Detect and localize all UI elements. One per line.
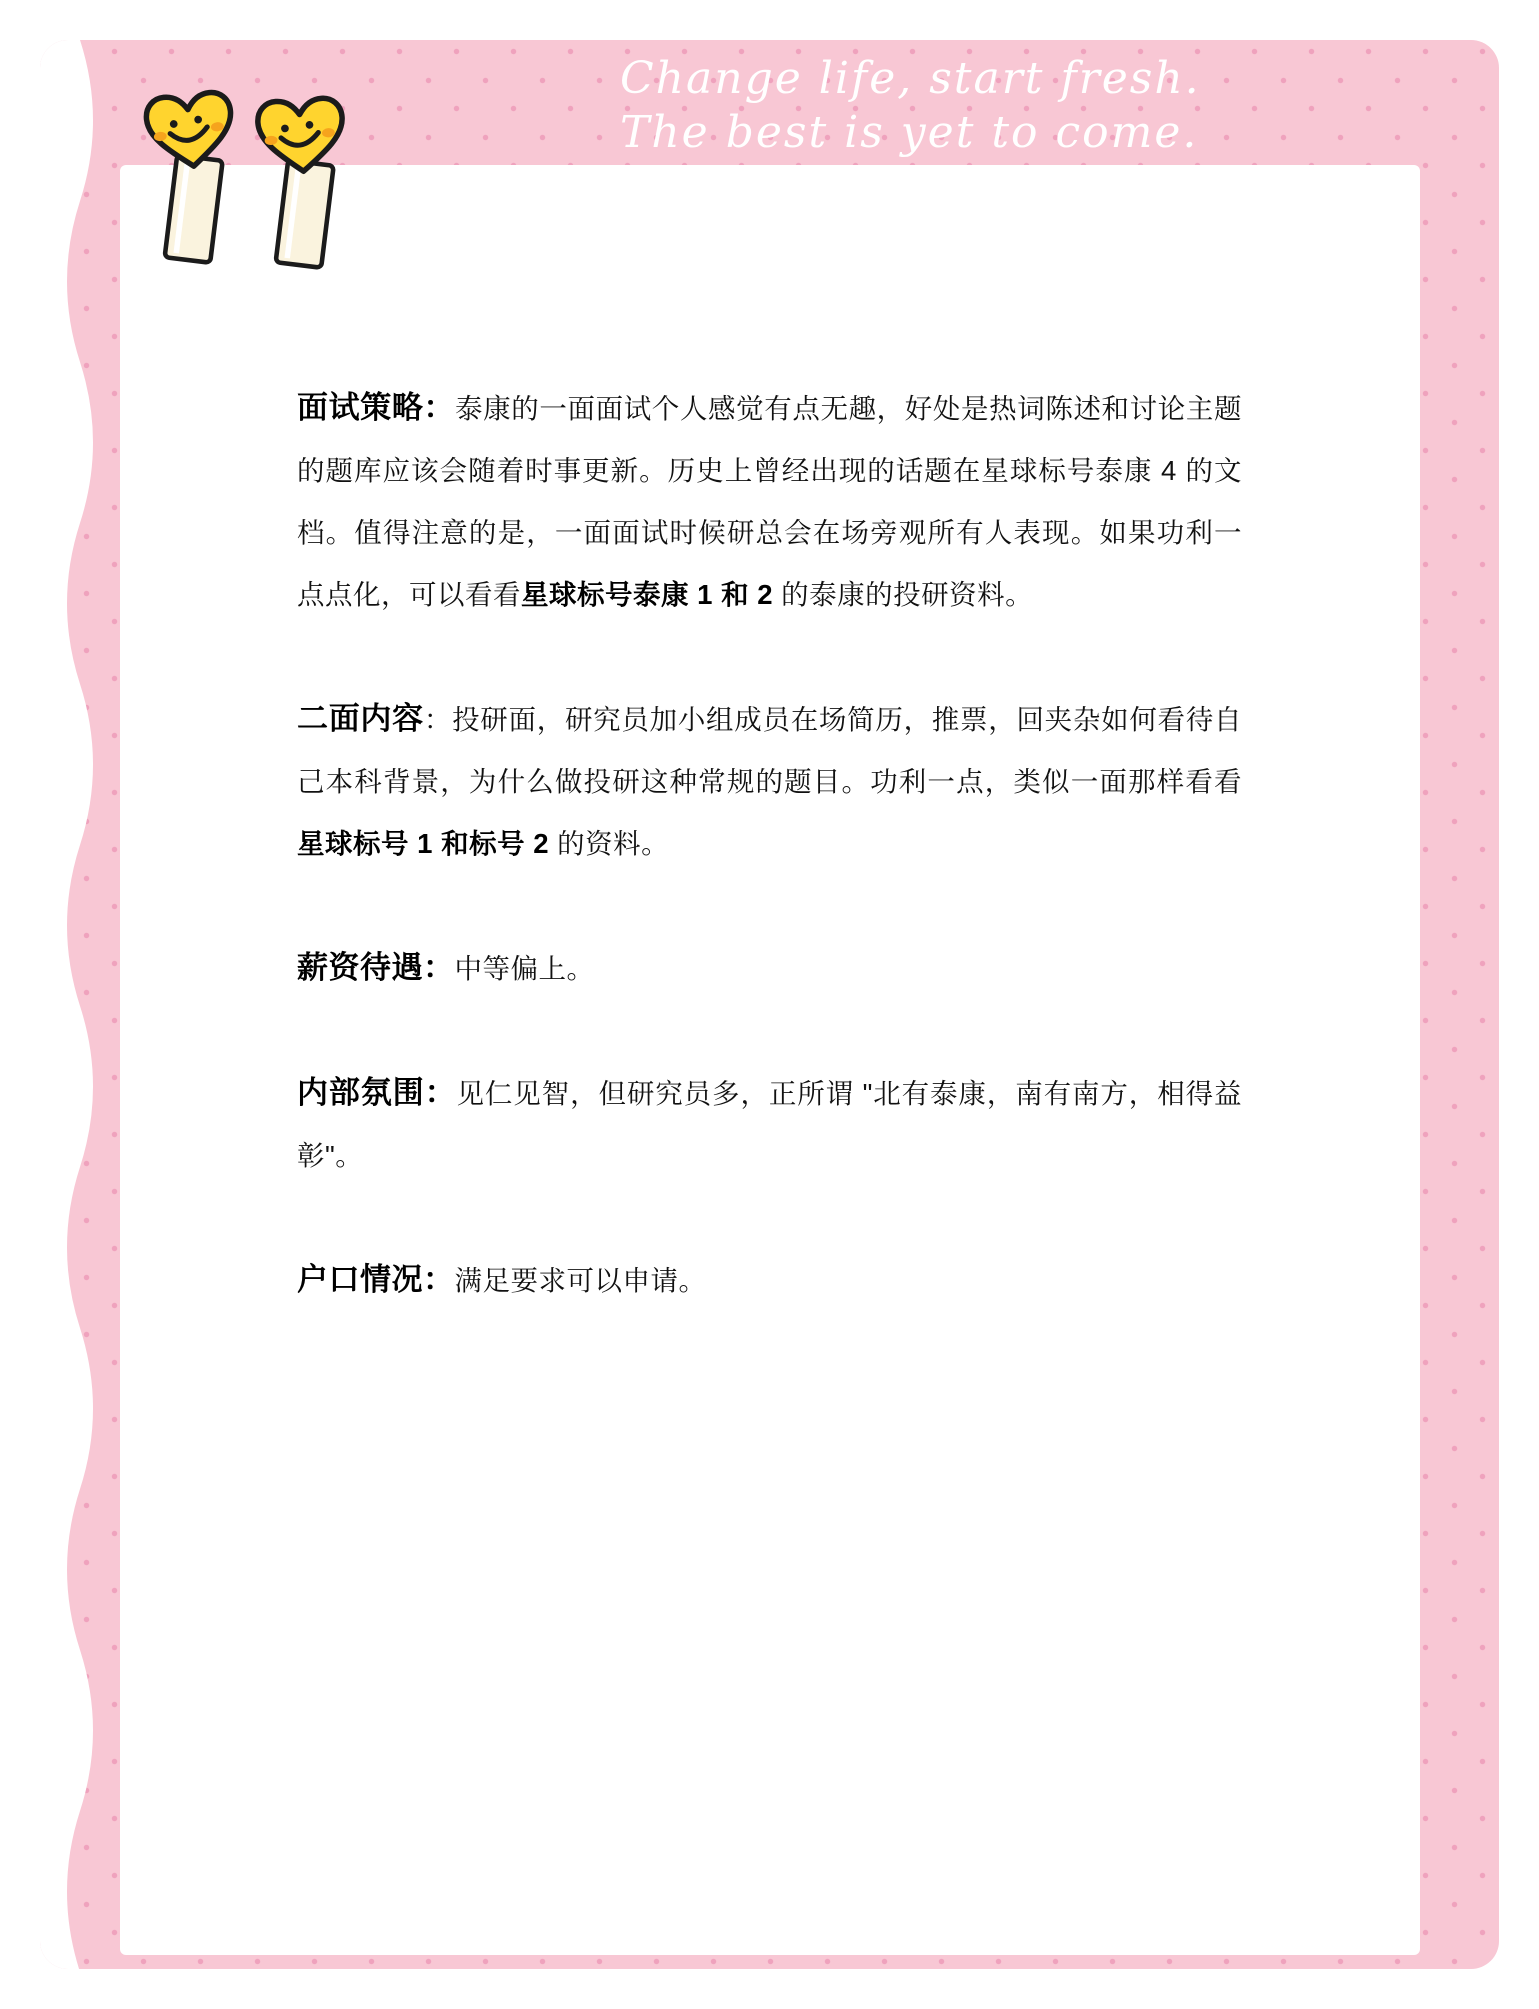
content-card: 面试策略：泰康的一面面试个人感觉有点无趣，好处是热词陈述和讨论主题的题库应该会随…	[120, 165, 1420, 1955]
highlight-text: 星球标号 1 和标号 2	[297, 828, 549, 859]
content-sections: 面试策略：泰康的一面面试个人感觉有点无趣，好处是热词陈述和讨论主题的题库应该会随…	[120, 165, 1420, 1312]
body-text: 的资料。	[549, 828, 669, 859]
section-internal-atmosphere: 内部氛围：见仁见智，但研究员多，正所谓 "北有泰康，南有南方，相得益彰"。	[297, 1062, 1242, 1187]
highlight-text: 星球标号泰康 1 和 2	[521, 579, 773, 610]
section-hukou: 户口情况：满足要求可以申请。	[297, 1249, 1242, 1312]
body-text: 满足要求可以申请。	[455, 1265, 707, 1296]
body-text: ：投研面，研究员加小组成员在场简历，推票，回夹杂如何看待自己本科背景，为什么做投…	[297, 704, 1242, 797]
heart-smiley-bookmark-icon	[246, 87, 356, 270]
section-heading: 二面内容	[297, 701, 424, 736]
heart-smiley-bookmark-icon	[135, 82, 245, 265]
section-heading: 户口情况：	[297, 1262, 455, 1297]
section-interview-strategy: 面试策略：泰康的一面面试个人感觉有点无趣，好处是热词陈述和讨论主题的题库应该会随…	[297, 377, 1242, 626]
body-text: 的泰康的投研资料。	[773, 579, 1033, 610]
section-heading: 薪资待遇：	[297, 950, 455, 985]
tagline-line-1: Change life, start fresh.	[620, 52, 1180, 106]
section-salary: 薪资待遇：中等偏上。	[297, 937, 1242, 1000]
page: { "theme": { "pink_background": "#F8C7D4…	[0, 0, 1539, 2009]
body-text: 中等偏上。	[455, 953, 595, 984]
section-second-round-content: 二面内容：投研面，研究员加小组成员在场简历，推票，回夹杂如何看待自己本科背景，为…	[297, 688, 1242, 875]
header-tagline: Change life, start fresh. The best is ye…	[620, 52, 1180, 160]
tagline-line-2: The best is yet to come.	[620, 106, 1180, 160]
body-text: 泰康的一面面试个人感觉有点无趣，好处是热词陈述和讨论主题的题库应该会随着时事更新…	[297, 393, 1242, 610]
pink-background-panel: Change life, start fresh. The best is ye…	[40, 40, 1499, 1969]
section-heading: 面试策略：	[297, 390, 455, 425]
left-wave-decoration	[40, 40, 110, 1969]
section-heading: 内部氛围：	[297, 1075, 456, 1110]
